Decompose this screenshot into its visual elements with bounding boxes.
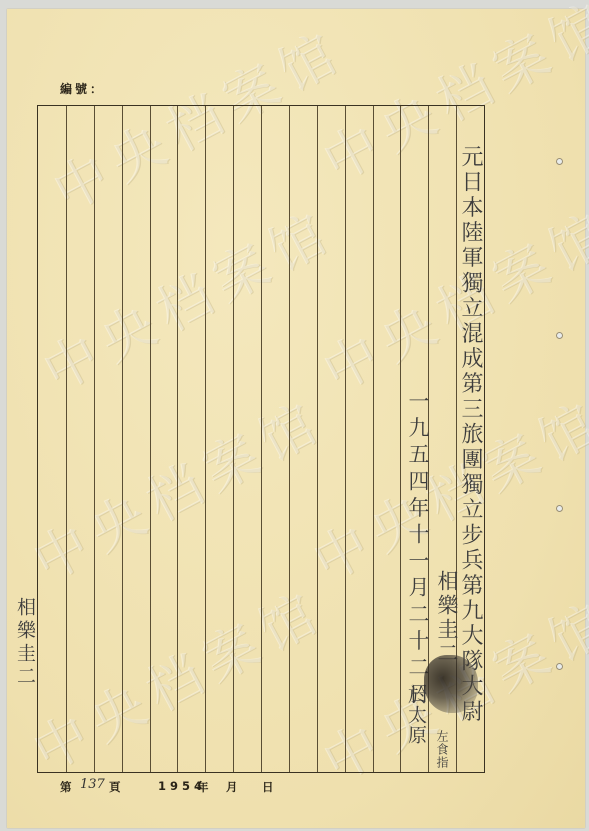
punch-hole [556, 332, 563, 339]
footer-month-label: 月 [226, 779, 238, 795]
footer-page-number: 137 [80, 777, 105, 792]
column-rule [345, 106, 346, 772]
column-rule [122, 106, 123, 772]
punch-hole [556, 505, 563, 512]
column-rule [261, 106, 262, 772]
fingerprint-mark [424, 655, 478, 713]
serial-number-label: 編號： [60, 80, 105, 97]
footer-page-suffix: 頁 [109, 779, 121, 795]
fingerprint-label: 左食指 [434, 730, 451, 769]
column-rule [317, 106, 318, 772]
column-rule [150, 106, 151, 772]
column-rule [289, 106, 290, 772]
handwritten-place: 於太原 [403, 685, 430, 745]
footer-page-prefix: 第 [60, 779, 72, 795]
column-rule [66, 106, 67, 772]
column-rule [233, 106, 234, 772]
punch-hole [556, 158, 563, 165]
column-rule [177, 106, 178, 772]
column-rule [400, 106, 401, 772]
handwritten-date: 一九五四年十一月二十二日 [403, 390, 433, 709]
margin-name-note: 相樂圭二 [12, 597, 39, 689]
footer-year-suffix: 年 [197, 779, 209, 795]
column-rule [94, 106, 95, 772]
column-rule [373, 106, 374, 772]
handwritten-name: 相樂圭二 [432, 570, 462, 666]
punch-hole [556, 663, 563, 670]
footer-day-label: 日 [262, 779, 274, 795]
column-rule [205, 106, 206, 772]
page-number: 137 [80, 777, 105, 792]
